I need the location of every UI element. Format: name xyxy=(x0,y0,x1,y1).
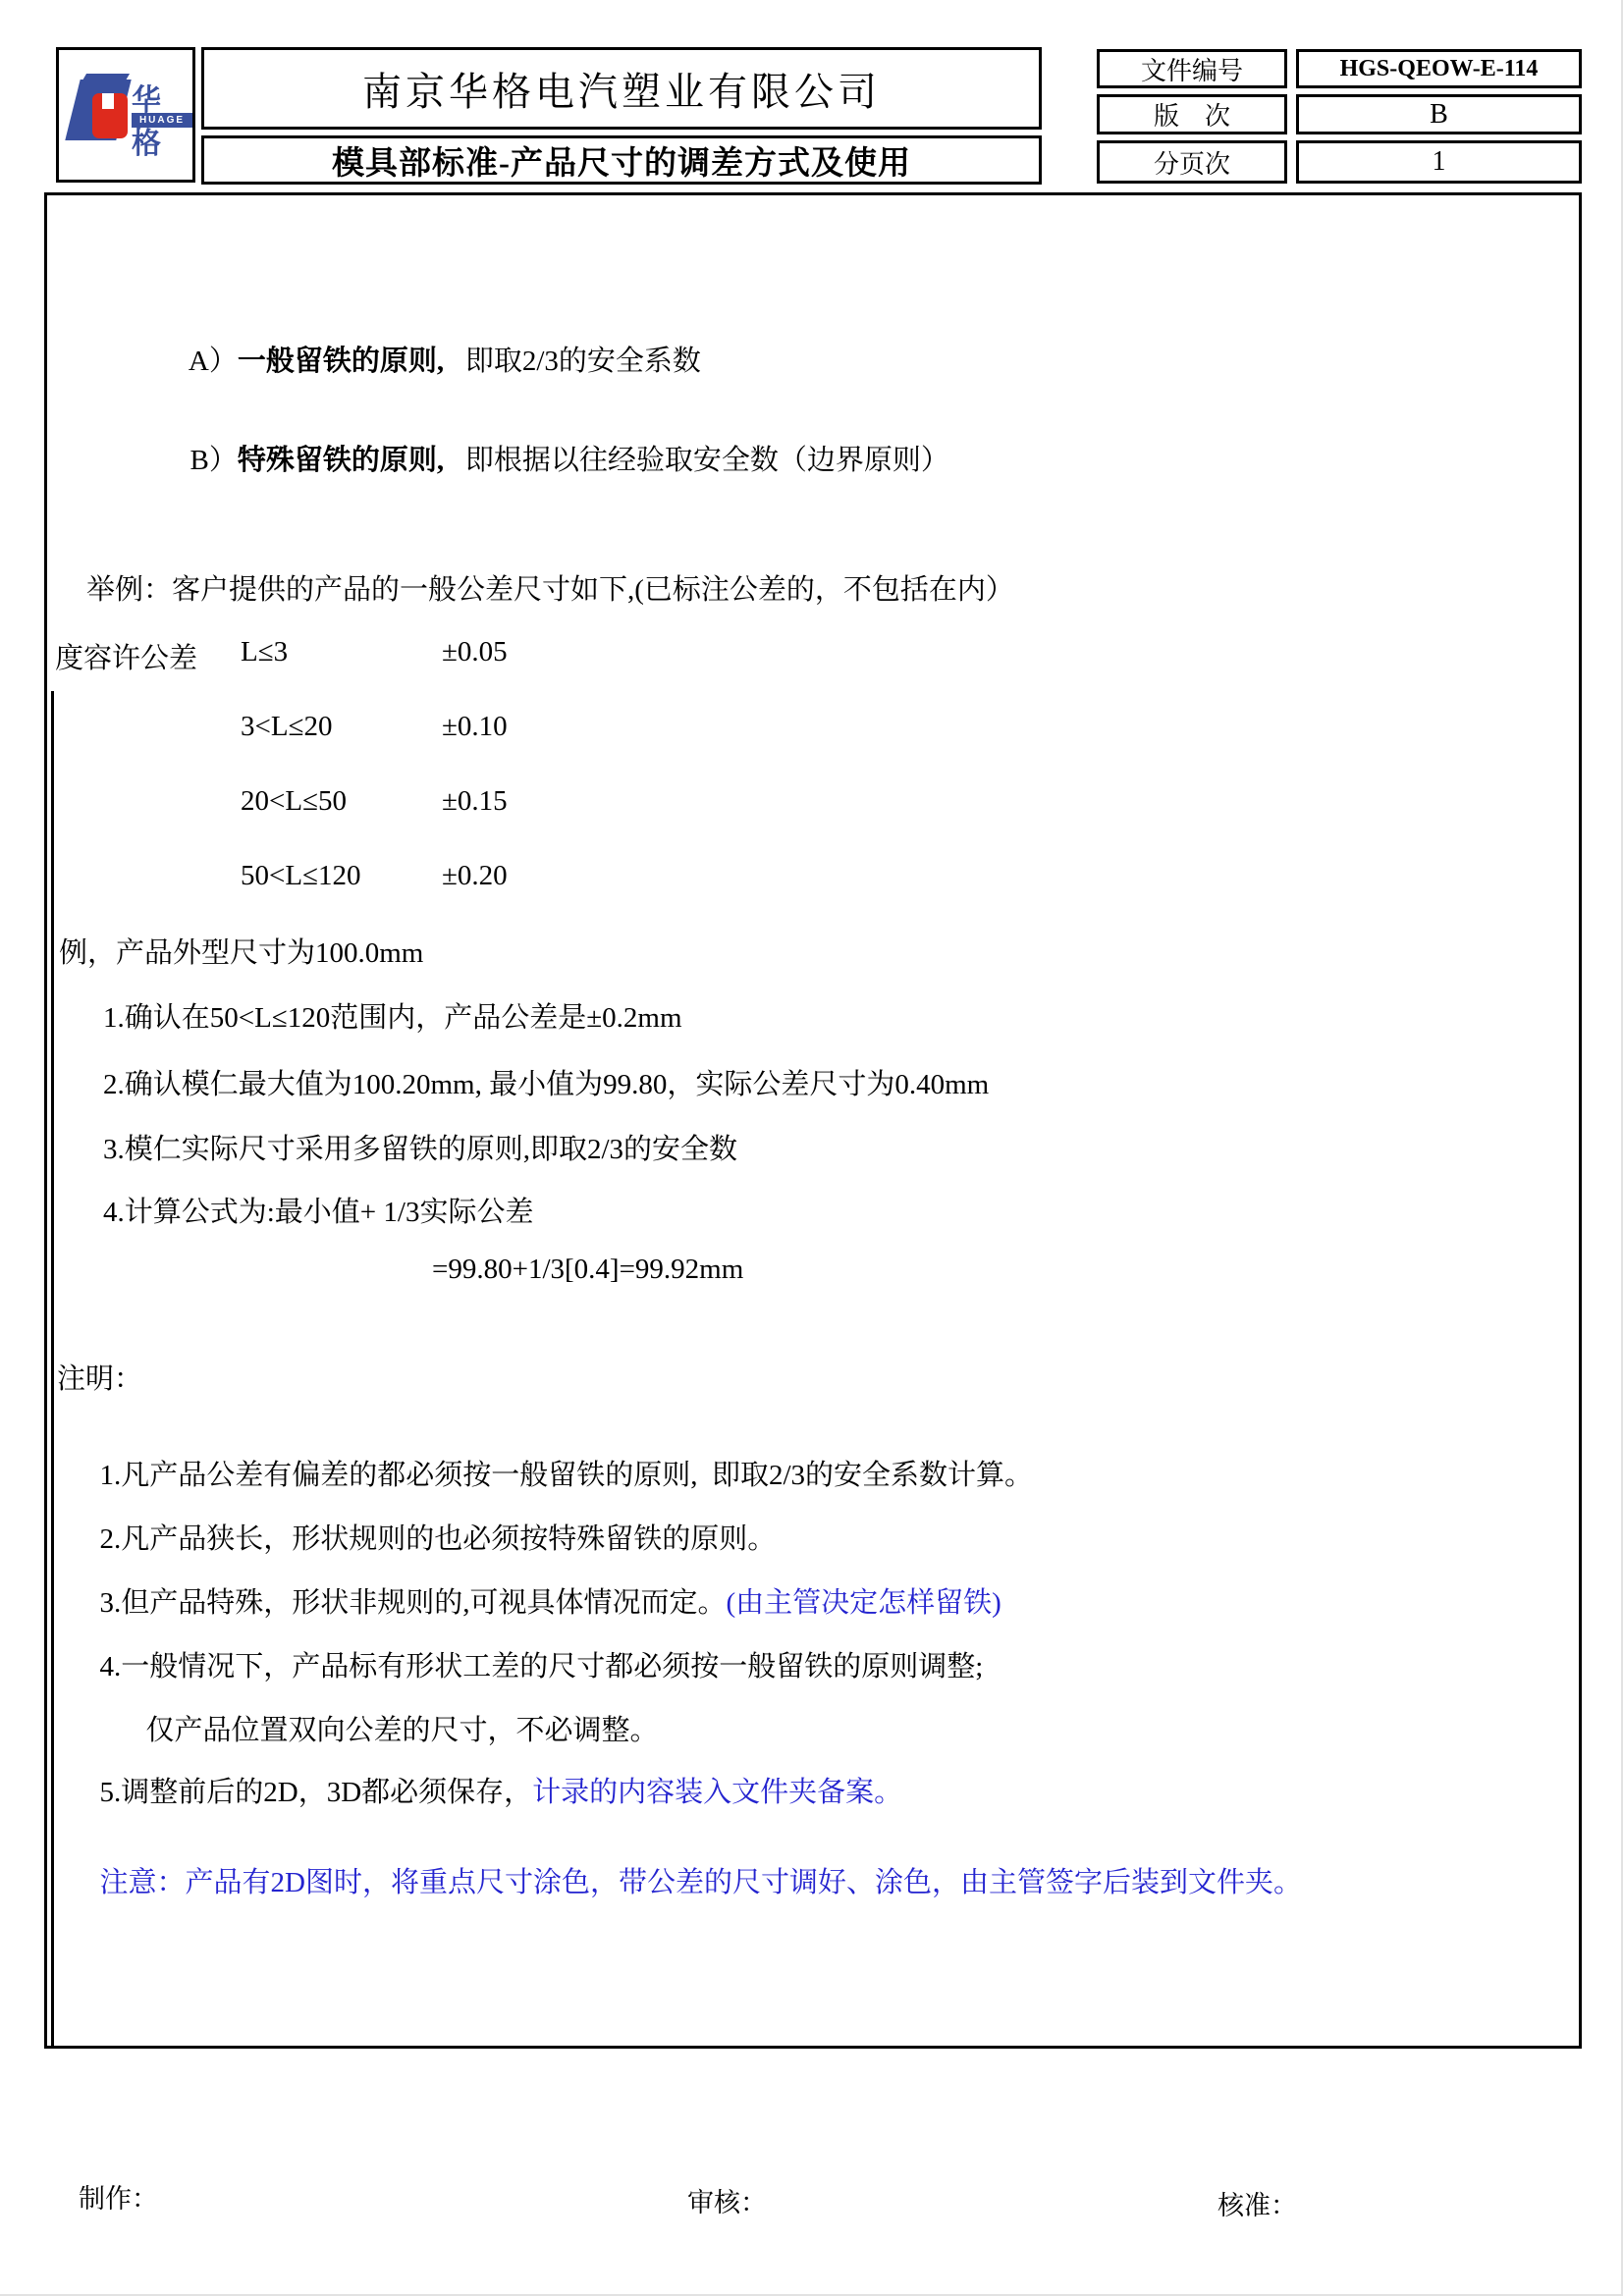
page-number-label-cell: 分页次 xyxy=(1097,140,1287,184)
principle-a: A）一般留铁的原则, 即取2/3的安全系数 xyxy=(147,306,701,411)
tolerance-value-1: ±0.05 xyxy=(442,636,508,668)
principle-a-rest: 即取2/3的安全系数 xyxy=(444,346,701,377)
page-number-label: 分页次 xyxy=(1154,144,1230,181)
example-step-3: 3.模仁实际尺寸采用多留铁的原则,即取2/3的安全数 xyxy=(103,1127,737,1167)
version-value-cell: B xyxy=(1296,94,1582,134)
notice-label: 注意： xyxy=(100,1867,186,1898)
footer-made-by: 制作： xyxy=(79,2177,158,2216)
document-title-cell: 模具部标准-产品尺寸的调差方式及使用 xyxy=(201,135,1042,185)
tolerance-value-2: ±0.10 xyxy=(442,711,508,743)
page-number-value-cell: 1 xyxy=(1296,140,1582,184)
formula-result: =99.80+1/3[0.4]=99.92mm xyxy=(432,1254,743,1286)
version-value: B xyxy=(1430,99,1448,131)
principle-b-rest: 即根据以往经验取安全数（边界原则） xyxy=(444,445,949,476)
tolerance-row-label: 度容许公差 xyxy=(55,636,197,676)
doc-number-label: 文件编号 xyxy=(1141,51,1243,87)
example-intro: 举例：客户提供的产品的一般公差尺寸如下,(已标注公差的，不包括在内） xyxy=(86,567,1014,608)
tolerance-range-4: 50<L≤120 xyxy=(241,860,361,892)
notes-title: 注明： xyxy=(57,1357,142,1397)
tolerance-value-4: ±0.20 xyxy=(442,860,508,892)
version-label: 版 次 xyxy=(1154,96,1230,133)
document-page: 华格 HUAGE 南京华格电汽塑业有限公司 模具部标准-产品尺寸的调差方式及使用… xyxy=(0,0,1623,2296)
tolerance-value-3: ±0.15 xyxy=(442,785,508,818)
doc-number-value: HGS-QEOW-E-114 xyxy=(1340,56,1539,82)
footer-approved-by: 核准： xyxy=(1217,2184,1297,2222)
company-logo: 华格 HUAGE xyxy=(56,47,195,183)
principle-b: B）特殊留铁的原则, 即根据以往经验取安全数（边界原则） xyxy=(147,405,949,510)
example-title: 例，产品外型尺寸为100.0mm xyxy=(59,931,423,971)
inner-left-border xyxy=(51,691,54,2046)
notice-text: 产品有2D图时，将重点尺寸涂色，带公差的尺寸调好、涂色，由主管签字后装到文件夹。 xyxy=(186,1867,1302,1898)
logo-graphic: 华格 HUAGE xyxy=(59,50,192,180)
tolerance-range-1: L≤3 xyxy=(241,636,288,668)
page-number-value: 1 xyxy=(1433,146,1446,178)
example-step-1: 1.确认在50<L≤120范围内，产品公差是±0.2mm xyxy=(103,995,682,1036)
footer-reviewed-by: 审核： xyxy=(687,2181,767,2219)
example-step-2: 2.确认模仁最大值为100.20mm, 最小值为99.80，实际公差尺寸为0.4… xyxy=(103,1062,989,1102)
doc-number-value-cell: HGS-QEOW-E-114 xyxy=(1296,49,1582,88)
note-5-blue-text: 计录的内容装入文件夹备案。 xyxy=(532,1777,902,1808)
document-body: A）一般留铁的原则, 即取2/3的安全系数 B）特殊留铁的原则, 即根据以往经验… xyxy=(44,192,1582,2049)
company-name: 南京华格电汽塑业有限公司 xyxy=(362,61,881,117)
example-step-4: 4.计算公式为:最小值+ 1/3实际公差 xyxy=(103,1190,533,1230)
logo-red-notch xyxy=(102,93,114,109)
version-label-cell: 版 次 xyxy=(1097,94,1287,134)
tolerance-range-2: 3<L≤20 xyxy=(241,711,333,743)
company-name-cell: 南京华格电汽塑业有限公司 xyxy=(201,47,1042,130)
principle-a-bold: 一般留铁的原则, xyxy=(238,346,444,377)
logo-en-text: HUAGE xyxy=(132,113,192,128)
note-5-text: 5.调整前后的2D，3D都必须保存， xyxy=(100,1777,533,1808)
doc-number-label-cell: 文件编号 xyxy=(1097,49,1287,88)
principle-a-prefix: A） xyxy=(189,346,238,377)
document-title: 模具部标准-产品尺寸的调差方式及使用 xyxy=(332,137,911,184)
principle-b-bold: 特殊留铁的原则, xyxy=(238,445,444,476)
note-5: 5.调整前后的2D，3D都必须保存，计录的内容装入文件夹备案。 xyxy=(57,1737,902,1842)
notice-line: 注意：产品有2D图时，将重点尺寸涂色，带公差的尺寸调好、涂色，由主管签字后装到文… xyxy=(57,1828,1302,1933)
tolerance-range-3: 20<L≤50 xyxy=(241,785,347,818)
principle-b-prefix: B） xyxy=(190,445,238,476)
